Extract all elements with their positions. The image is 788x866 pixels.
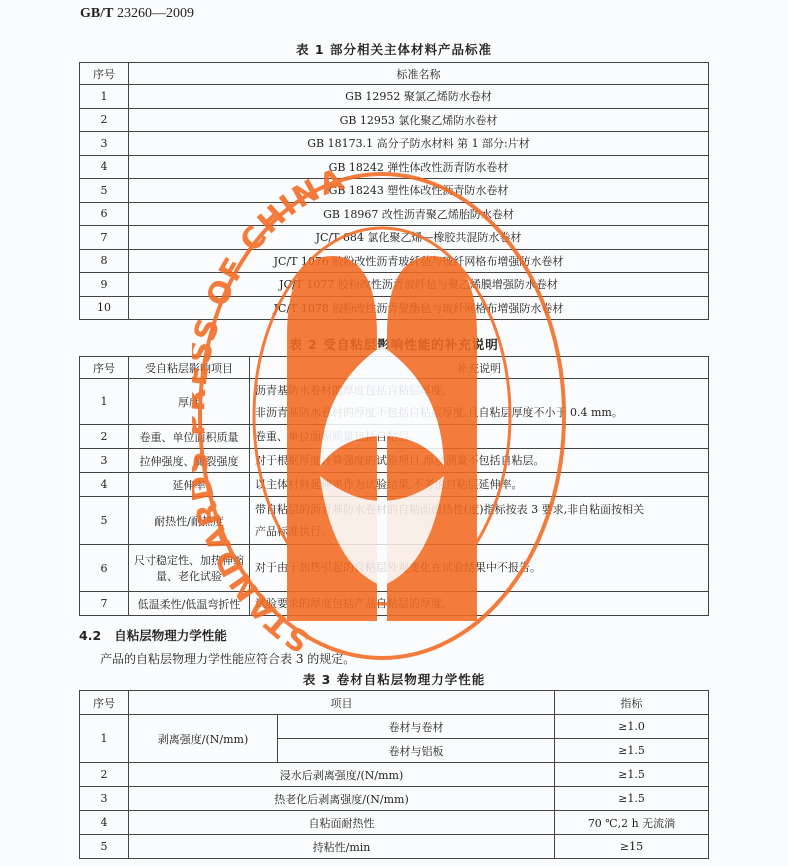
- cell-note: 卷重、单位面积质量包括自粘层。: [250, 425, 709, 449]
- table-row: 8JC/T 1076 胶粉改性沥青玻纤毡与玻纤网格布增强防水卷材: [80, 249, 709, 273]
- column-header: 补充说明: [250, 357, 709, 379]
- column-header: 标准名称: [129, 63, 709, 85]
- cell-item: 低温柔性/低温弯折性: [129, 592, 250, 616]
- cell-number: 3: [80, 132, 129, 156]
- cell-item: 热老化后剥离强度/(N/mm): [129, 787, 555, 811]
- note-line: 非沥青基防水卷材的厚度不包括自粘层厚度,且自粘层厚度不小于 0.4 mm。: [255, 402, 704, 424]
- table-row: 1 剥离强度/(N/mm) 卷材与卷材 ≥1.0: [80, 715, 709, 739]
- cell-item: 厚度: [129, 379, 250, 425]
- column-header: 序号: [80, 357, 129, 379]
- table-row: 2GB 12953 氯化聚乙烯防水卷材: [80, 108, 709, 132]
- standard-number: 23260—2009: [117, 6, 194, 21]
- table-row: 4自粘面耐热性70 ℃,2 h 无流淌: [80, 811, 709, 835]
- column-header: 序号: [80, 691, 129, 715]
- cell-standard-name: GB 18173.1 高分子防水材料 第 1 部分:片材: [129, 132, 709, 156]
- table3-caption: 表 3 卷材自粘层物理力学性能: [0, 670, 788, 688]
- table-row: 3热老化后剥离强度/(N/mm)≥1.5: [80, 787, 709, 811]
- table1-caption: 表 1 部分相关主体材料产品标准: [0, 40, 788, 58]
- table1: 序号 标准名称 1GB 12952 聚氯乙烯防水卷材2GB 12953 氯化聚乙…: [79, 62, 709, 320]
- cell-item: 卷重、单位面积质量: [129, 425, 250, 449]
- table3: 序号 项目 指标 1 剥离强度/(N/mm) 卷材与卷材 ≥1.0 卷材与铝板 …: [79, 690, 709, 859]
- cell-number: 4: [80, 811, 129, 835]
- cell-number: 5: [80, 179, 129, 203]
- cell-subitem: 卷材与卷材: [278, 715, 555, 739]
- column-header: 项目: [129, 691, 555, 715]
- cell-item: 尺寸稳定性、加热伸缩量、老化试验: [129, 545, 250, 592]
- column-header: 受自粘层影响项目: [129, 357, 250, 379]
- cell-standard-name: GB 12952 聚氯乙烯防水卷材: [129, 85, 709, 109]
- cell-number: 1: [80, 715, 129, 763]
- table-row: 7JC/T 684 氯化聚乙烯—橡胶共混防水卷材: [80, 226, 709, 250]
- table-row: 4GB 18242 弹性体改性沥青防水卷材: [80, 155, 709, 179]
- table-row: 7低温柔性/低温弯折性试验要求的厚度包括产品自粘层的厚度。: [80, 592, 709, 616]
- table2-caption: 表 2 受自粘层影响性能的补充说明: [0, 335, 788, 353]
- note-line: 带自粘层的沥青基防水卷材的自粘面耐热性(度)指标按表 3 要求,非自粘面按相关: [255, 499, 704, 521]
- cell-value: 70 ℃,2 h 无流淌: [555, 811, 709, 835]
- note-line: 对于由于加热引起的自粘层外观变化在试验结果中不报告。: [255, 557, 704, 579]
- section-heading: 4.2 自粘层物理力学性能: [79, 626, 227, 644]
- table-row: 4延伸率以主体材料延伸率作为试验结果,不考虑自粘层延伸率。: [80, 473, 709, 497]
- section-paragraph: 产品的自粘层物理力学性能应符合表 3 的规定。: [100, 650, 355, 667]
- cell-standard-name: GB 18243 塑性体改性沥青防水卷材: [129, 179, 709, 203]
- table-row: 2浸水后剥离强度/(N/mm)≥1.5: [80, 763, 709, 787]
- cell-number: 2: [80, 108, 129, 132]
- cell-number: 4: [80, 155, 129, 179]
- note-line: 以主体材料延伸率作为试验结果,不考虑自粘层延伸率。: [255, 474, 704, 496]
- note-line: 卷重、单位面积质量包括自粘层。: [255, 426, 704, 448]
- note-line: 产品标准执行。: [255, 521, 704, 543]
- cell-item: 自粘面耐热性: [129, 811, 555, 835]
- cell-item: 持粘性/min: [129, 835, 555, 859]
- cell-item: 延伸率: [129, 473, 250, 497]
- cell-standard-name: JC/T 1078 胶粉改性沥青聚酯毡与玻纤网格布增强防水卷材: [129, 296, 709, 320]
- table-row: 6GB 18967 改性沥青聚乙烯胎防水卷材: [80, 202, 709, 226]
- cell-number: 6: [80, 545, 129, 592]
- table-row: 9JC/T 1077 胶粉改性沥青玻纤毡与聚乙烯膜增强防水卷材: [80, 273, 709, 297]
- cell-note: 对于根据厚度计算强度的试验项目,厚度测量不包括自粘层。: [250, 449, 709, 473]
- section-title: 自粘层物理力学性能: [114, 628, 227, 643]
- cell-note: 带自粘层的沥青基防水卷材的自粘面耐热性(度)指标按表 3 要求,非自粘面按相关产…: [250, 497, 709, 545]
- table-row: 5GB 18243 塑性体改性沥青防水卷材: [80, 179, 709, 203]
- cell-number: 4: [80, 473, 129, 497]
- note-line: 试验要求的厚度包括产品自粘层的厚度。: [255, 593, 704, 615]
- cell-number: 7: [80, 226, 129, 250]
- cell-subitem: 卷材与铝板: [278, 739, 555, 763]
- cell-note: 以主体材料延伸率作为试验结果,不考虑自粘层延伸率。: [250, 473, 709, 497]
- cell-number: 3: [80, 449, 129, 473]
- cell-item: 耐热性/耐热度: [129, 497, 250, 545]
- cell-number: 9: [80, 273, 129, 297]
- cell-note: 对于由于加热引起的自粘层外观变化在试验结果中不报告。: [250, 545, 709, 592]
- note-line: 沥青基防水卷材的厚度包括自粘层厚度。: [255, 380, 704, 402]
- table-row: 5持粘性/min≥15: [80, 835, 709, 859]
- table-row: 1GB 12952 聚氯乙烯防水卷材: [80, 85, 709, 109]
- table-row: 3拉伸强度、撕裂强度对于根据厚度计算强度的试验项目,厚度测量不包括自粘层。: [80, 449, 709, 473]
- cell-item: 剥离强度/(N/mm): [129, 715, 278, 763]
- cell-number: 2: [80, 425, 129, 449]
- standard-code: GB/T 23260—2009: [80, 6, 194, 22]
- cell-value: ≥15: [555, 835, 709, 859]
- cell-item: 浸水后剥离强度/(N/mm): [129, 763, 555, 787]
- cell-standard-name: JC/T 1076 胶粉改性沥青玻纤毡与玻纤网格布增强防水卷材: [129, 249, 709, 273]
- cell-standard-name: GB 12953 氯化聚乙烯防水卷材: [129, 108, 709, 132]
- cell-number: 5: [80, 835, 129, 859]
- cell-standard-name: JC/T 1077 胶粉改性沥青玻纤毡与聚乙烯膜增强防水卷材: [129, 273, 709, 297]
- cell-number: 7: [80, 592, 129, 616]
- cell-value: ≥1.5: [555, 739, 709, 763]
- cell-number: 10: [80, 296, 129, 320]
- cell-note: 试验要求的厚度包括产品自粘层的厚度。: [250, 592, 709, 616]
- cell-number: 6: [80, 202, 129, 226]
- cell-value: ≥1.5: [555, 787, 709, 811]
- cell-number: 3: [80, 787, 129, 811]
- cell-standard-name: JC/T 684 氯化聚乙烯—橡胶共混防水卷材: [129, 226, 709, 250]
- cell-number: 1: [80, 85, 129, 109]
- table-row: 1厚度沥青基防水卷材的厚度包括自粘层厚度。非沥青基防水卷材的厚度不包括自粘层厚度…: [80, 379, 709, 425]
- table-row: 3GB 18173.1 高分子防水材料 第 1 部分:片材: [80, 132, 709, 156]
- column-header: 序号: [80, 63, 129, 85]
- cell-number: 2: [80, 763, 129, 787]
- cell-value: ≥1.0: [555, 715, 709, 739]
- table-row: 2卷重、单位面积质量卷重、单位面积质量包括自粘层。: [80, 425, 709, 449]
- cell-standard-name: GB 18967 改性沥青聚乙烯胎防水卷材: [129, 202, 709, 226]
- cell-number: 5: [80, 497, 129, 545]
- cell-item: 拉伸强度、撕裂强度: [129, 449, 250, 473]
- table-row: 6尺寸稳定性、加热伸缩量、老化试验对于由于加热引起的自粘层外观变化在试验结果中不…: [80, 545, 709, 592]
- cell-note: 沥青基防水卷材的厚度包括自粘层厚度。非沥青基防水卷材的厚度不包括自粘层厚度,且自…: [250, 379, 709, 425]
- table2: 序号 受自粘层影响项目 补充说明 1厚度沥青基防水卷材的厚度包括自粘层厚度。非沥…: [79, 356, 709, 616]
- table-row: 10JC/T 1078 胶粉改性沥青聚酯毡与玻纤网格布增强防水卷材: [80, 296, 709, 320]
- standard-prefix: GB/T: [80, 6, 113, 21]
- table-row: 5耐热性/耐热度带自粘层的沥青基防水卷材的自粘面耐热性(度)指标按表 3 要求,…: [80, 497, 709, 545]
- column-header: 指标: [555, 691, 709, 715]
- cell-number: 1: [80, 379, 129, 425]
- note-line: 对于根据厚度计算强度的试验项目,厚度测量不包括自粘层。: [255, 450, 704, 472]
- section-number: 4.2: [79, 628, 101, 643]
- cell-value: ≥1.5: [555, 763, 709, 787]
- cell-number: 8: [80, 249, 129, 273]
- cell-standard-name: GB 18242 弹性体改性沥青防水卷材: [129, 155, 709, 179]
